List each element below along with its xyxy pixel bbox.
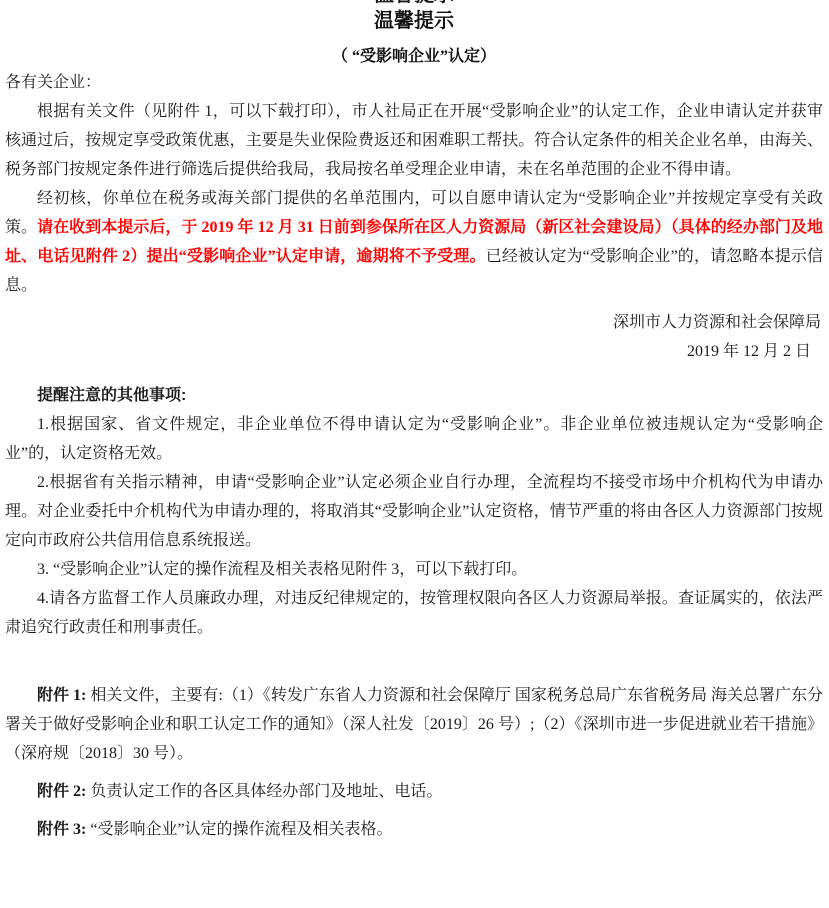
note-item-3: 3. “受影响企业”认定的操作流程及相关表格见附件 3，可以下载打印。: [5, 555, 823, 584]
notes-heading: 提醒注意的其他事项:: [5, 381, 823, 410]
attachment-2: 附件 2: 负责认定工作的各区具体经办部门及地址、电话。: [5, 777, 823, 806]
attachment-2-label: 附件 2:: [37, 783, 86, 800]
attachment-3-text: “受影响企业”认定的操作流程及相关表格。: [90, 821, 392, 838]
cropped-text-fragment: 温馨提示: [5, 0, 823, 4]
attachment-1-text: 相关文件，主要有:（1）《转发广东省人力资源和社会保障厅 国家税务总局广东省税务…: [5, 687, 823, 762]
document-title: 温馨提示: [5, 8, 823, 34]
signature-block: 深圳市人力资源和社会保障局 2019 年 12 月 2 日: [5, 308, 823, 366]
note-item-4: 4.请各方监督工作人员廉政办理，对违反纪律规定的，按管理权限向各区人力资源局举报…: [5, 584, 823, 642]
salutation: 各有关企业：: [5, 68, 823, 97]
cropped-text: 温馨提示: [374, 0, 454, 4]
note-item-1: 1.根据国家、省文件规定，非企业单位不得申请认定为“受影响企业”。非企业单位被违…: [5, 410, 823, 468]
attachments-section: 附件 1: 相关文件，主要有:（1）《转发广东省人力资源和社会保障厅 国家税务总…: [5, 681, 823, 844]
signature-organization: 深圳市人力资源和社会保障局: [5, 308, 823, 337]
signature-date: 2019 年 12 月 2 日: [5, 337, 823, 366]
attachment-3: 附件 3: “受影响企业”认定的操作流程及相关表格。: [5, 815, 823, 844]
attachment-1: 附件 1: 相关文件，主要有:（1）《转发广东省人力资源和社会保障厅 国家税务总…: [5, 681, 823, 768]
document-subtitle: （ “受影响企业”认定）: [5, 46, 823, 68]
attachment-3-label: 附件 3:: [37, 821, 86, 838]
document-page: 温馨提示 温馨提示 （ “受影响企业”认定） 各有关企业： 根据有关文件（见附件…: [0, 0, 829, 908]
paragraph-notice: 经初核，你单位在税务或海关部门提供的名单范围内，可以自愿申请认定为“受影响企业”…: [5, 184, 823, 300]
attachment-2-text: 负责认定工作的各区具体经办部门及地址、电话。: [90, 783, 442, 800]
attachment-1-label: 附件 1:: [37, 687, 86, 704]
note-item-2: 2.根据省有关指示精神，申请“受影响企业”认定必须企业自行办理，全流程均不接受市…: [5, 468, 823, 555]
paragraph-intro: 根据有关文件（见附件 1，可以下载打印），市人社局正在开展“受影响企业”的认定工…: [5, 97, 823, 184]
